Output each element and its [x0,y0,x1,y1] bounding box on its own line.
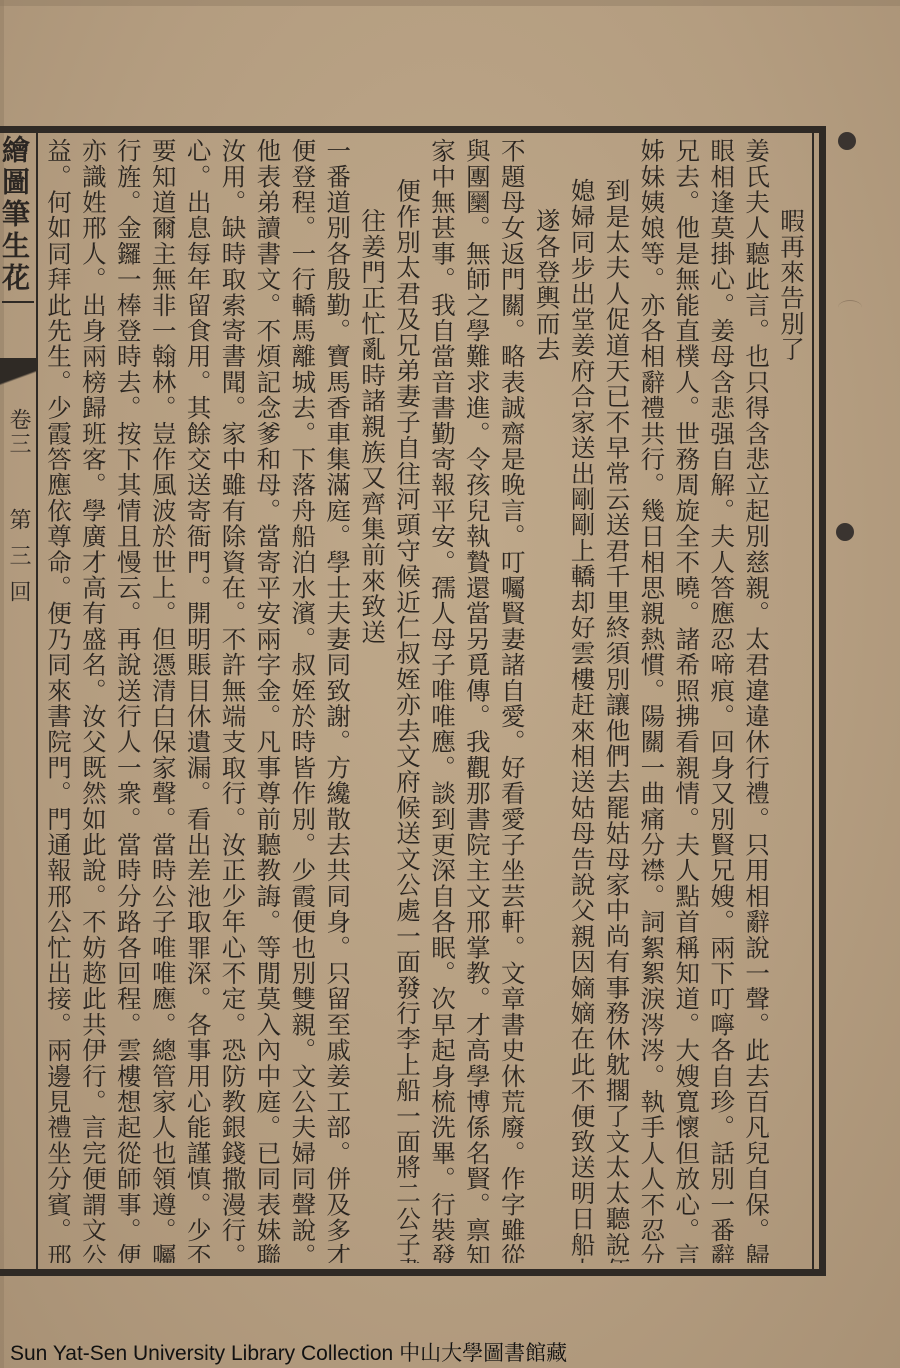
paper-crease [838,300,862,315]
book-title: 繪圖筆生花 [2,135,34,303]
text-column: 姊妹姨娘等。亦各相辭禮共行。幾日相思親熱慣。陽關一曲痛分襟。詞絮絮淚涔涔。執手人… [633,138,668,1263]
text-column: 便作別太君及兄弟妻子自往河頭守候近仁叔姪亦去文府候送文公處一面發行李上船一面將二… [389,138,424,1263]
text-column: 媳婦同步出堂姜府合家送出剛剛上轎却好雲樓赶來相送姑母告說父親因嫡嫡在此不便致送明… [564,138,599,1263]
text-column: 行旌。金鑼一棒登時去。按下其情且慢云。再說送行人一衆。當時分路各回程。雲樓想起從… [110,138,145,1263]
text-column: 到是太夫人促道天已不早常云送君千里終須別讓他們去罷姑母家中尚有事務休躭擱了文太太… [599,138,634,1263]
text-column: 眼相逢莫掛心。姜母含悲强自解。夫人答應忍啼痕。回身又別賢兄嫂。兩下叮嚀各自珍。話… [703,138,738,1263]
text-column: 姜氏夫人聽此言。也只得含悲立起別慈親。太君違違休行禮。只用相辭說一聲。此去百凡兒… [738,138,773,1263]
book-spine-margin: 繪圖筆生花 卷三 第三回 [0,133,36,1269]
binding-hole-icon [838,132,856,150]
text-column: 與團圞。無師之學難求進。令孩兒執贄還當另覓傳。我觀那書院主文邢掌教。才高學博係名… [459,138,494,1263]
page-edge-shadow [0,0,900,6]
text-column: 不題母女返門關。略表誠齋是晚言。叮囑賢妻諸自愛。好看愛子坐芸軒。文章書史休荒廢。… [494,138,529,1263]
text-column: 一番道別各殷勤。寶馬香車集滿庭。學士夫妻同致謝。方纔散去共同身。只留至戚姜工部。… [319,138,354,1263]
text-column: 家中無甚事。我自當音書勤寄報平安。孺人母子唯唯應。談到更深自各眠。次早起身梳洗畢… [424,138,459,1263]
text-column: 暇再來告別了 [773,138,808,1263]
text-column: 遂各登輿而去 [529,138,564,1263]
text-column: 兄去。他是無能直樸人。世務周旋全不曉。諸希照拂看親情。夫人點首稱知道。大嫂寬懷但… [668,138,703,1263]
text-column: 益。何如同拜此先生。少霞答應依尊命。便乃同來書院門。門通報邢公忙出接。兩邊見禮坐… [40,138,75,1263]
text-column: 心。出息每年留食用。其餘交送寄衙門。開明賬目休遺漏。看出差池取罪深。各事用心能謹… [180,138,215,1263]
text-column: 往姜門正忙亂時諸親族又齊集前來致送 [354,138,389,1263]
frame-inner-rule [812,133,814,1269]
chapter-label: 第三回 [6,508,34,616]
text-column: 便登程。一行轎馬離城去。下落舟船泊水濱。叔姪於時皆作別。少霞便也別雙親。文公夫婦… [284,138,319,1263]
binding-hole-icon [836,523,854,541]
main-text-body: 暇再來告別了姜氏夫人聽此言。也只得含悲立起別慈親。太君違違休行禮。只用相辭說一聲… [40,138,808,1263]
volume-label: 卷三 [6,408,34,456]
library-watermark: Sun Yat-Sen University Library Collectio… [10,1337,567,1367]
text-column: 汝用。缺時取索寄書聞。家中雖有除資在。不許無端支取行。汝正少年心不定。恐防教銀錢… [215,138,250,1263]
fishtail-mark-icon [0,358,36,398]
text-column: 他表弟讀書文。不煩記念爹和母。當寄平安兩字金。凡事尊前聽教誨。等閒莫入內中庭。已… [250,138,285,1263]
frame-spine-rule [36,133,38,1269]
text-column: 要知道爾主無非一翰林。豈作風波於世上。但憑清白保家聲。當時公子唯唯應。總管家人也… [145,138,180,1263]
text-column: 亦識姓邢人。出身兩榜歸班客。學廣才高有盛名。汝父既然如此說。不妨趂此共伊行。言完… [75,138,110,1263]
scanned-page: 繪圖筆生花 卷三 第三回 暇再來告別了姜氏夫人聽此言。也只得含悲立起別慈親。太君… [0,0,900,1368]
